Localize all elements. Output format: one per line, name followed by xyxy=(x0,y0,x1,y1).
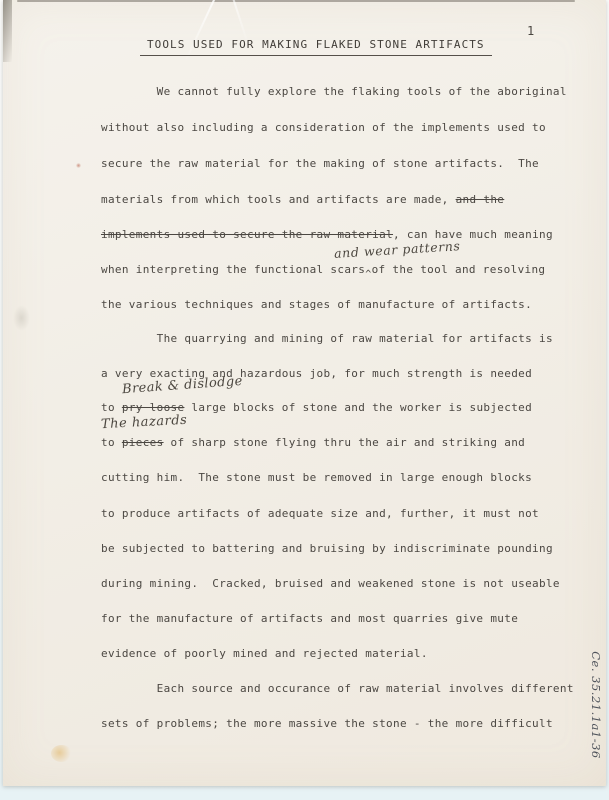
struck-text: and the xyxy=(456,193,505,206)
typed-text: The quarrying and mining of raw material… xyxy=(101,332,553,345)
typed-line: without also including a consideration o… xyxy=(101,121,546,134)
document-title: TOOLS USED FOR MAKING FLAKED STONE ARTIF… xyxy=(140,38,492,56)
typed-line: implements used to secure the raw materi… xyxy=(101,228,553,241)
paper-sheet: 1 TOOLS USED FOR MAKING FLAKED STONE ART… xyxy=(3,0,606,786)
typed-text: to xyxy=(101,401,122,414)
typed-text: , can have much meaning xyxy=(393,228,553,241)
paper-speck xyxy=(76,163,81,168)
catalog-number-margin-note: Ce. 35.21.1a1-36 xyxy=(589,630,603,780)
typed-text: be subjected to battering and bruising b… xyxy=(101,542,553,555)
paper-smudge xyxy=(13,305,30,331)
typed-line: materials from which tools and artifacts… xyxy=(101,193,504,206)
scanned-manuscript-page: 1 TOOLS USED FOR MAKING FLAKED STONE ART… xyxy=(0,0,609,800)
typed-line: for the manufacture of artifacts and mos… xyxy=(101,612,518,625)
typed-line: sets of problems; the more massive the s… xyxy=(101,717,553,730)
typed-line: Each source and occurance of raw materia… xyxy=(101,682,574,695)
typed-text: We cannot fully explore the flaking tool… xyxy=(101,85,567,98)
page-top-edge-shadow xyxy=(17,0,575,2)
page-corner-shadow xyxy=(3,0,12,62)
paper-stain xyxy=(51,745,72,762)
typed-line: to produce artifacts of adequate size an… xyxy=(101,507,539,520)
typed-line: to pieces of sharp stone flying thru the… xyxy=(101,436,525,449)
typed-text: the various techniques and stages of man… xyxy=(101,298,532,311)
page-number: 1 xyxy=(527,24,534,38)
struck-text: implements used to secure the raw materi… xyxy=(101,228,393,241)
typed-text: sets of problems; the more massive the s… xyxy=(101,717,553,730)
struck-text: pry loose xyxy=(122,401,185,414)
typed-text: of sharp stone flying thru the air and s… xyxy=(164,436,526,449)
typed-line: during mining. Cracked, bruised and weak… xyxy=(101,577,560,590)
typed-line: when interpreting the functional scars^o… xyxy=(101,263,545,276)
typed-text: a very exacting and hazardous job, for m… xyxy=(101,367,532,380)
typed-line: to pry loose large blocks of stone and t… xyxy=(101,401,532,414)
typed-line: a very exacting and hazardous job, for m… xyxy=(101,367,532,380)
typed-line: secure the raw material for the making o… xyxy=(101,157,539,170)
typed-text: to xyxy=(101,436,122,449)
typed-line: be subjected to battering and bruising b… xyxy=(101,542,553,555)
typed-text: when interpreting the functional scars xyxy=(101,263,365,276)
handwritten-insertion-the-hazards: The hazards xyxy=(101,413,188,432)
typed-text: cutting him. The stone must be removed i… xyxy=(101,471,532,484)
typed-text: evidence of poorly mined and rejected ma… xyxy=(101,647,428,660)
typed-line: the various techniques and stages of man… xyxy=(101,298,532,311)
typed-text: Each source and occurance of raw materia… xyxy=(101,682,574,695)
typed-text: without also including a consideration o… xyxy=(101,121,546,134)
typed-text: of the tool and resolving xyxy=(372,263,546,276)
typed-text: secure the raw material for the making o… xyxy=(101,157,539,170)
typed-line: The quarrying and mining of raw material… xyxy=(101,332,553,345)
typed-line: cutting him. The stone must be removed i… xyxy=(101,471,532,484)
typed-text: large blocks of stone and the worker is … xyxy=(184,401,532,414)
handwritten-insertion-wear-patterns: and wear patterns xyxy=(334,238,461,261)
insertion-caret: ^ xyxy=(365,269,371,280)
typed-text: for the manufacture of artifacts and mos… xyxy=(101,612,518,625)
typed-text: materials from which tools and artifacts… xyxy=(101,193,456,206)
typed-line: We cannot fully explore the flaking tool… xyxy=(101,85,567,98)
typed-text: to produce artifacts of adequate size an… xyxy=(101,507,539,520)
typed-line: evidence of poorly mined and rejected ma… xyxy=(101,647,428,660)
typed-text: during mining. Cracked, bruised and weak… xyxy=(101,577,560,590)
struck-text: pieces xyxy=(122,436,164,449)
